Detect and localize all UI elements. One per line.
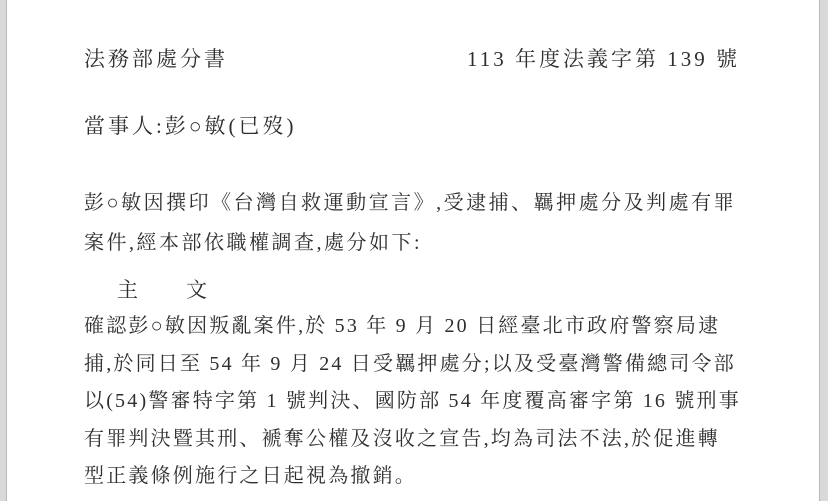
main-text-line: 有罪判決暨其刑、褫奪公權及沒收之宣告,均為司法不法,於促進轉	[84, 421, 768, 459]
case-number: 113 年度法義字第 139 號	[467, 46, 740, 72]
main-text-line: 捕,於同日至 54 年 9 月 24 日受羈押處分;以及受臺灣警備總司令部	[84, 346, 768, 384]
intro-line: 案件,經本部依職權調查,處分如下:	[84, 223, 768, 263]
intro-paragraph: 彭○敏因撰印《台灣自救運動宣言》,受逮捕、羈押處分及判處有罪 案件,經本部依職權…	[84, 183, 768, 263]
main-text-line: 確認彭○敏因叛亂案件,於 53 年 9 月 20 日經臺北市政府警察局逮	[84, 308, 768, 346]
scan-right-edge	[819, 0, 828, 501]
document-page: 法務部處分書 113 年度法義字第 139 號 當事人:彭○敏(已歿) 彭○敏因…	[84, 46, 768, 496]
document-header: 法務部處分書 113 年度法義字第 139 號	[84, 46, 768, 72]
intro-line: 彭○敏因撰印《台灣自救運動宣言》,受逮捕、羈押處分及判處有罪	[84, 183, 768, 223]
section-heading-main-text: 主 文	[117, 276, 768, 304]
document-title: 法務部處分書	[84, 46, 228, 72]
scan-left-edge	[0, 0, 7, 501]
main-text-line: 以(54)警審特字第 1 號判決、國防部 54 年度覆高審字第 16 號刑事	[84, 383, 768, 421]
main-text-paragraph: 確認彭○敏因叛亂案件,於 53 年 9 月 20 日經臺北市政府警察局逮 捕,於…	[84, 308, 768, 496]
party-line: 當事人:彭○敏(已歿)	[84, 113, 768, 139]
main-text-line: 型正義條例施行之日起視為撤銷。	[84, 458, 768, 496]
